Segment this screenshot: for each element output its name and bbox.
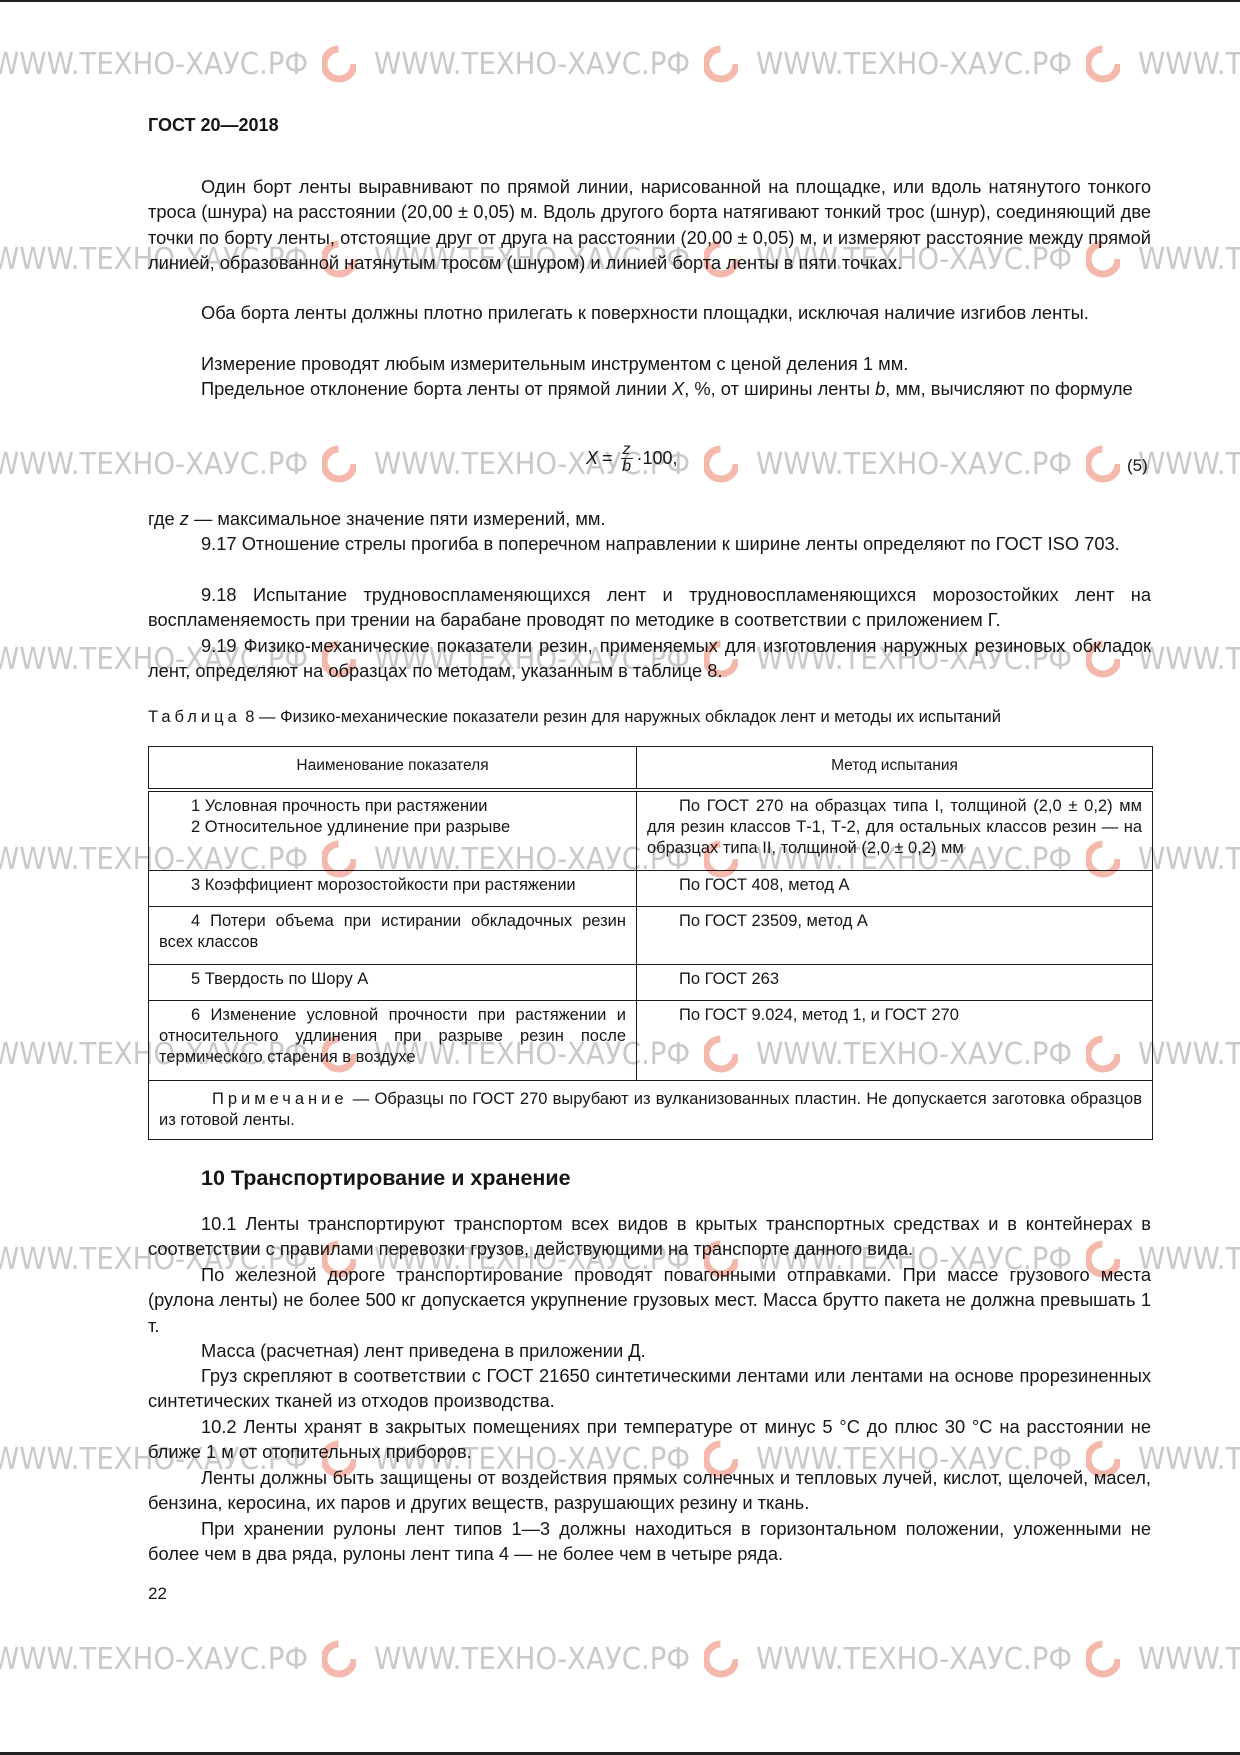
watermark-logo-icon: [704, 1638, 738, 1680]
paragraph-text: По железной дороге транспортирование про…: [148, 1264, 1151, 1336]
paragraph-railway: По железной дороге транспортирование про…: [148, 1262, 1151, 1338]
watermark-logo-icon: [1086, 443, 1120, 485]
clause-text: Испытание трудновоспламеняющихся лент и …: [148, 584, 1151, 630]
clause-9-17: 9.17 Отношение стрелы прогиба в поперечн…: [148, 531, 1151, 556]
table-row: 5 Твердость по Шору А По ГОСТ 263: [149, 964, 1153, 1000]
indicator-text: 1 Условная прочность при растяжении: [191, 797, 488, 815]
formula-fraction: z b: [621, 442, 633, 475]
formula-numerator: z: [621, 442, 633, 459]
watermark-text: WWW.ТЕХНО-ХАУС.РФ: [1138, 842, 1240, 877]
paragraph-text: Оба борта ленты должны плотно прилегать …: [201, 302, 1089, 323]
clause-text: Отношение стрелы прогиба в поперечном на…: [242, 533, 1120, 554]
paragraph-text: При хранении рулоны лент типов 1—3 должн…: [148, 1518, 1151, 1564]
watermark-unit: WWW.ТЕХНО-ХАУС.РФ: [756, 1638, 1138, 1680]
watermark-unit: WWW.ТЕХНО-ХАУС.РФ: [756, 443, 1138, 485]
watermark-text: WWW.ТЕХНО-ХАУС.РФ: [374, 47, 678, 82]
table-row: 6 Изменение условной прочности при растя…: [149, 1000, 1153, 1080]
formula-number: (5): [1127, 456, 1148, 476]
paragraph-measurement-tool: Измерение проводят любым измерительным и…: [148, 351, 1151, 376]
indicator-text: 2 Относительное удлинение при разрыве: [191, 818, 510, 836]
formula-5: X = z b ·100,: [586, 442, 678, 475]
paragraph-text: Ленты должны быть защищены от воздействи…: [148, 1467, 1151, 1513]
paragraph-edges-fit: Оба борта ленты должны плотно прилегать …: [148, 300, 1151, 325]
watermark-unit: WWW.ТЕХНО-ХАУС.РФ: [374, 443, 756, 485]
watermark-unit: WWW.ТЕХНО-ХАУС.РФ: [1138, 238, 1240, 280]
watermark-logo-icon: [322, 443, 356, 485]
watermark-unit: WWW.ТЕХНО-ХАУС.РФ: [1138, 1238, 1240, 1280]
table-row: 4 Потери объема при истирании обкладочны…: [149, 906, 1153, 964]
table-row: 1 Условная прочность при растяжении 2 От…: [149, 790, 1153, 870]
watermark-text: WWW.ТЕХНО-ХАУС.РФ: [0, 1642, 296, 1677]
page-top-border: [0, 0, 1240, 2]
watermark-logo-icon: [704, 43, 738, 85]
paragraph-where: где z — максимальное значение пяти измер…: [148, 506, 1151, 531]
variable-b: b: [875, 378, 885, 399]
text-part: — максимальное значение пяти измерений, …: [189, 508, 606, 529]
table-8: Наименование показателя Метод испытания …: [148, 746, 1153, 1140]
caption-text: 8 — Физико-механические показатели резин…: [241, 708, 1001, 726]
clause-9-19: 9.19 Физико-механические показатели рези…: [148, 633, 1151, 684]
document-code: ГОСТ 20—2018: [148, 115, 279, 136]
clause-number: 9.19: [201, 635, 237, 656]
watermark-logo-icon: [322, 1638, 356, 1680]
watermark-row: WWW.ТЕХНО-ХАУС.РФWWW.ТЕХНО-ХАУС.РФWWW.ТЕ…: [0, 1638, 1240, 1680]
formula-rhs: ·100,: [637, 448, 678, 469]
watermark-unit: WWW.ТЕХНО-ХАУС.РФ: [1138, 443, 1240, 485]
caption-label: Таблица: [148, 708, 241, 726]
paragraph-storage-rows: При хранении рулоны лент типов 1—3 должн…: [148, 1516, 1151, 1567]
indicator-cell: 3 Коэффициент морозостойкости при растяж…: [149, 870, 637, 906]
watermark-text: WWW.ТЕХНО-ХАУС.РФ: [1138, 47, 1240, 82]
watermark-logo-icon: [322, 43, 356, 85]
method-text: По ГОСТ 9.024, метод 1, и ГОСТ 270: [679, 1006, 959, 1024]
section-10-title: 10 Транспортирование и хранение: [201, 1166, 571, 1191]
indicator-cell: 4 Потери объема при истирании обкладочны…: [149, 906, 637, 964]
watermark-unit: WWW.ТЕХНО-ХАУС.РФ: [0, 1638, 374, 1680]
watermark-unit: WWW.ТЕХНО-ХАУС.РФ: [1138, 1438, 1240, 1480]
variable-z: z: [180, 508, 189, 529]
watermark-logo-icon: [1086, 1638, 1120, 1680]
watermark-unit: WWW.ТЕХНО-ХАУС.РФ: [1138, 838, 1240, 880]
indicator-text: 3 Коэффициент морозостойкости при растяж…: [191, 876, 576, 894]
paragraph-mass: Масса (расчетная) лент приведена в прило…: [148, 1338, 1151, 1363]
note-label: Примечание: [212, 1090, 348, 1108]
watermark-logo-icon: [704, 443, 738, 485]
watermark-text: WWW.ТЕХНО-ХАУС.РФ: [1138, 1037, 1240, 1072]
formula-lhs: X: [586, 448, 598, 469]
watermark-text: WWW.ТЕХНО-ХАУС.РФ: [1138, 1642, 1240, 1677]
column-header-method: Метод испытания: [637, 747, 1153, 791]
formula-denominator: b: [622, 459, 631, 475]
watermark-unit: WWW.ТЕХНО-ХАУС.РФ: [1138, 1033, 1240, 1075]
method-text: По ГОСТ 23509, метод А: [679, 912, 868, 930]
watermark-text: WWW.ТЕХНО-ХАУС.РФ: [1138, 1242, 1240, 1277]
paragraph-protection: Ленты должны быть защищены от воздействи…: [148, 1465, 1151, 1516]
text-part: , мм, вычисляют по формуле: [885, 378, 1132, 399]
table-row: 3 Коэффициент морозостойкости при растяж…: [149, 870, 1153, 906]
indicator-text: 5 Твердость по Шору А: [191, 970, 368, 988]
indicator-cell: 6 Изменение условной прочности при растя…: [149, 1000, 637, 1080]
watermark-unit: WWW.ТЕХНО-ХАУС.РФ: [0, 43, 374, 85]
watermark-text: WWW.ТЕХНО-ХАУС.РФ: [1138, 642, 1240, 677]
paragraph-text: Один борт ленты выравнивают по прямой ли…: [148, 176, 1151, 273]
paragraph-text: Масса (расчетная) лент приведена в прило…: [201, 1340, 646, 1361]
paragraph-text: 10.1 Ленты транспортируют транспортом вс…: [148, 1213, 1151, 1259]
clause-number: 9.18: [201, 584, 237, 605]
method-text: По ГОСТ 263: [679, 970, 779, 988]
column-header-indicator: Наименование показателя: [149, 747, 637, 791]
table-note-row: Примечание — Образцы по ГОСТ 270 вырубаю…: [149, 1080, 1153, 1139]
formula-equals: =: [602, 448, 613, 469]
method-cell: По ГОСТ 23509, метод А: [637, 906, 1153, 964]
indicator-text: 6 Изменение условной прочности при растя…: [159, 1006, 626, 1066]
watermark-text: WWW.ТЕХНО-ХАУС.РФ: [756, 1642, 1060, 1677]
paragraph-text: 10.2 Ленты хранят в закрытых помещениях …: [148, 1416, 1151, 1462]
method-cell: По ГОСТ 408, метод А: [637, 870, 1153, 906]
text-part: , %, от ширины ленты: [684, 378, 875, 399]
watermark-unit: WWW.ТЕХНО-ХАУС.РФ: [374, 43, 756, 85]
watermark-text: WWW.ТЕХНО-ХАУС.РФ: [756, 47, 1060, 82]
watermark-unit: WWW.ТЕХНО-ХАУС.РФ: [756, 43, 1138, 85]
paragraph-text: Груз скрепляют в соответствии с ГОСТ 216…: [148, 1365, 1151, 1411]
watermark-unit: WWW.ТЕХНО-ХАУС.РФ: [1138, 1638, 1240, 1680]
indicator-cell: 1 Условная прочность при растяжении 2 От…: [149, 790, 637, 870]
paragraph-rope-method: Один борт ленты выравнивают по прямой ли…: [148, 174, 1151, 275]
method-cell: По ГОСТ 263: [637, 964, 1153, 1000]
watermark-text: WWW.ТЕХНО-ХАУС.РФ: [1138, 1442, 1240, 1477]
paragraph-fastening: Груз скрепляют в соответствии с ГОСТ 216…: [148, 1363, 1151, 1414]
table-note: Примечание — Образцы по ГОСТ 270 вырубаю…: [149, 1080, 1153, 1139]
text-part: Предельное отклонение борта ленты от пря…: [201, 378, 672, 399]
watermark-text: WWW.ТЕХНО-ХАУС.РФ: [1138, 242, 1240, 277]
clause-text: Физико-механические показатели резин, пр…: [148, 635, 1151, 681]
watermark-text: WWW.ТЕХНО-ХАУС.РФ: [756, 447, 1060, 482]
watermark-text: WWW.ТЕХНО-ХАУС.РФ: [0, 447, 296, 482]
method-cell: По ГОСТ 270 на образцах типа I, толщиной…: [637, 790, 1153, 870]
method-text: По ГОСТ 408, метод А: [679, 876, 850, 894]
watermark-text: WWW.ТЕХНО-ХАУС.РФ: [374, 1642, 678, 1677]
page-number: 22: [148, 1584, 167, 1604]
watermark-unit: WWW.ТЕХНО-ХАУС.РФ: [1138, 43, 1240, 85]
paragraph-deviation-formula-intro: Предельное отклонение борта ленты от пря…: [148, 376, 1151, 401]
watermark-text: WWW.ТЕХНО-ХАУС.РФ: [0, 47, 296, 82]
clause-10-1: 10.1 Ленты транспортируют транспортом вс…: [148, 1211, 1151, 1262]
text-part: где: [148, 508, 180, 529]
watermark-unit: WWW.ТЕХНО-ХАУС.РФ: [1138, 638, 1240, 680]
watermark-text: WWW.ТЕХНО-ХАУС.РФ: [1138, 447, 1240, 482]
table-8-caption: Таблица 8 — Физико-механические показате…: [148, 708, 1001, 727]
clause-number: 9.17: [201, 533, 237, 554]
clause-9-18: 9.18 Испытание трудновоспламеняющихся ле…: [148, 582, 1151, 633]
variable-x: X: [672, 378, 684, 399]
watermark-row: WWW.ТЕХНО-ХАУС.РФWWW.ТЕХНО-ХАУС.РФWWW.ТЕ…: [0, 43, 1240, 85]
indicator-text: 4 Потери объема при истирании обкладочны…: [159, 912, 626, 951]
watermark-unit: WWW.ТЕХНО-ХАУС.РФ: [374, 1638, 756, 1680]
method-cell: По ГОСТ 9.024, метод 1, и ГОСТ 270: [637, 1000, 1153, 1080]
method-text: По ГОСТ 270 на образцах типа I, толщиной…: [647, 797, 1142, 857]
paragraph-text: Измерение проводят любым измерительным и…: [201, 353, 908, 374]
clause-10-2: 10.2 Ленты хранят в закрытых помещениях …: [148, 1414, 1151, 1465]
watermark-logo-icon: [1086, 43, 1120, 85]
indicator-cell: 5 Твердость по Шору А: [149, 964, 637, 1000]
table-header-row: Наименование показателя Метод испытания: [149, 747, 1153, 791]
watermark-unit: WWW.ТЕХНО-ХАУС.РФ: [0, 443, 374, 485]
